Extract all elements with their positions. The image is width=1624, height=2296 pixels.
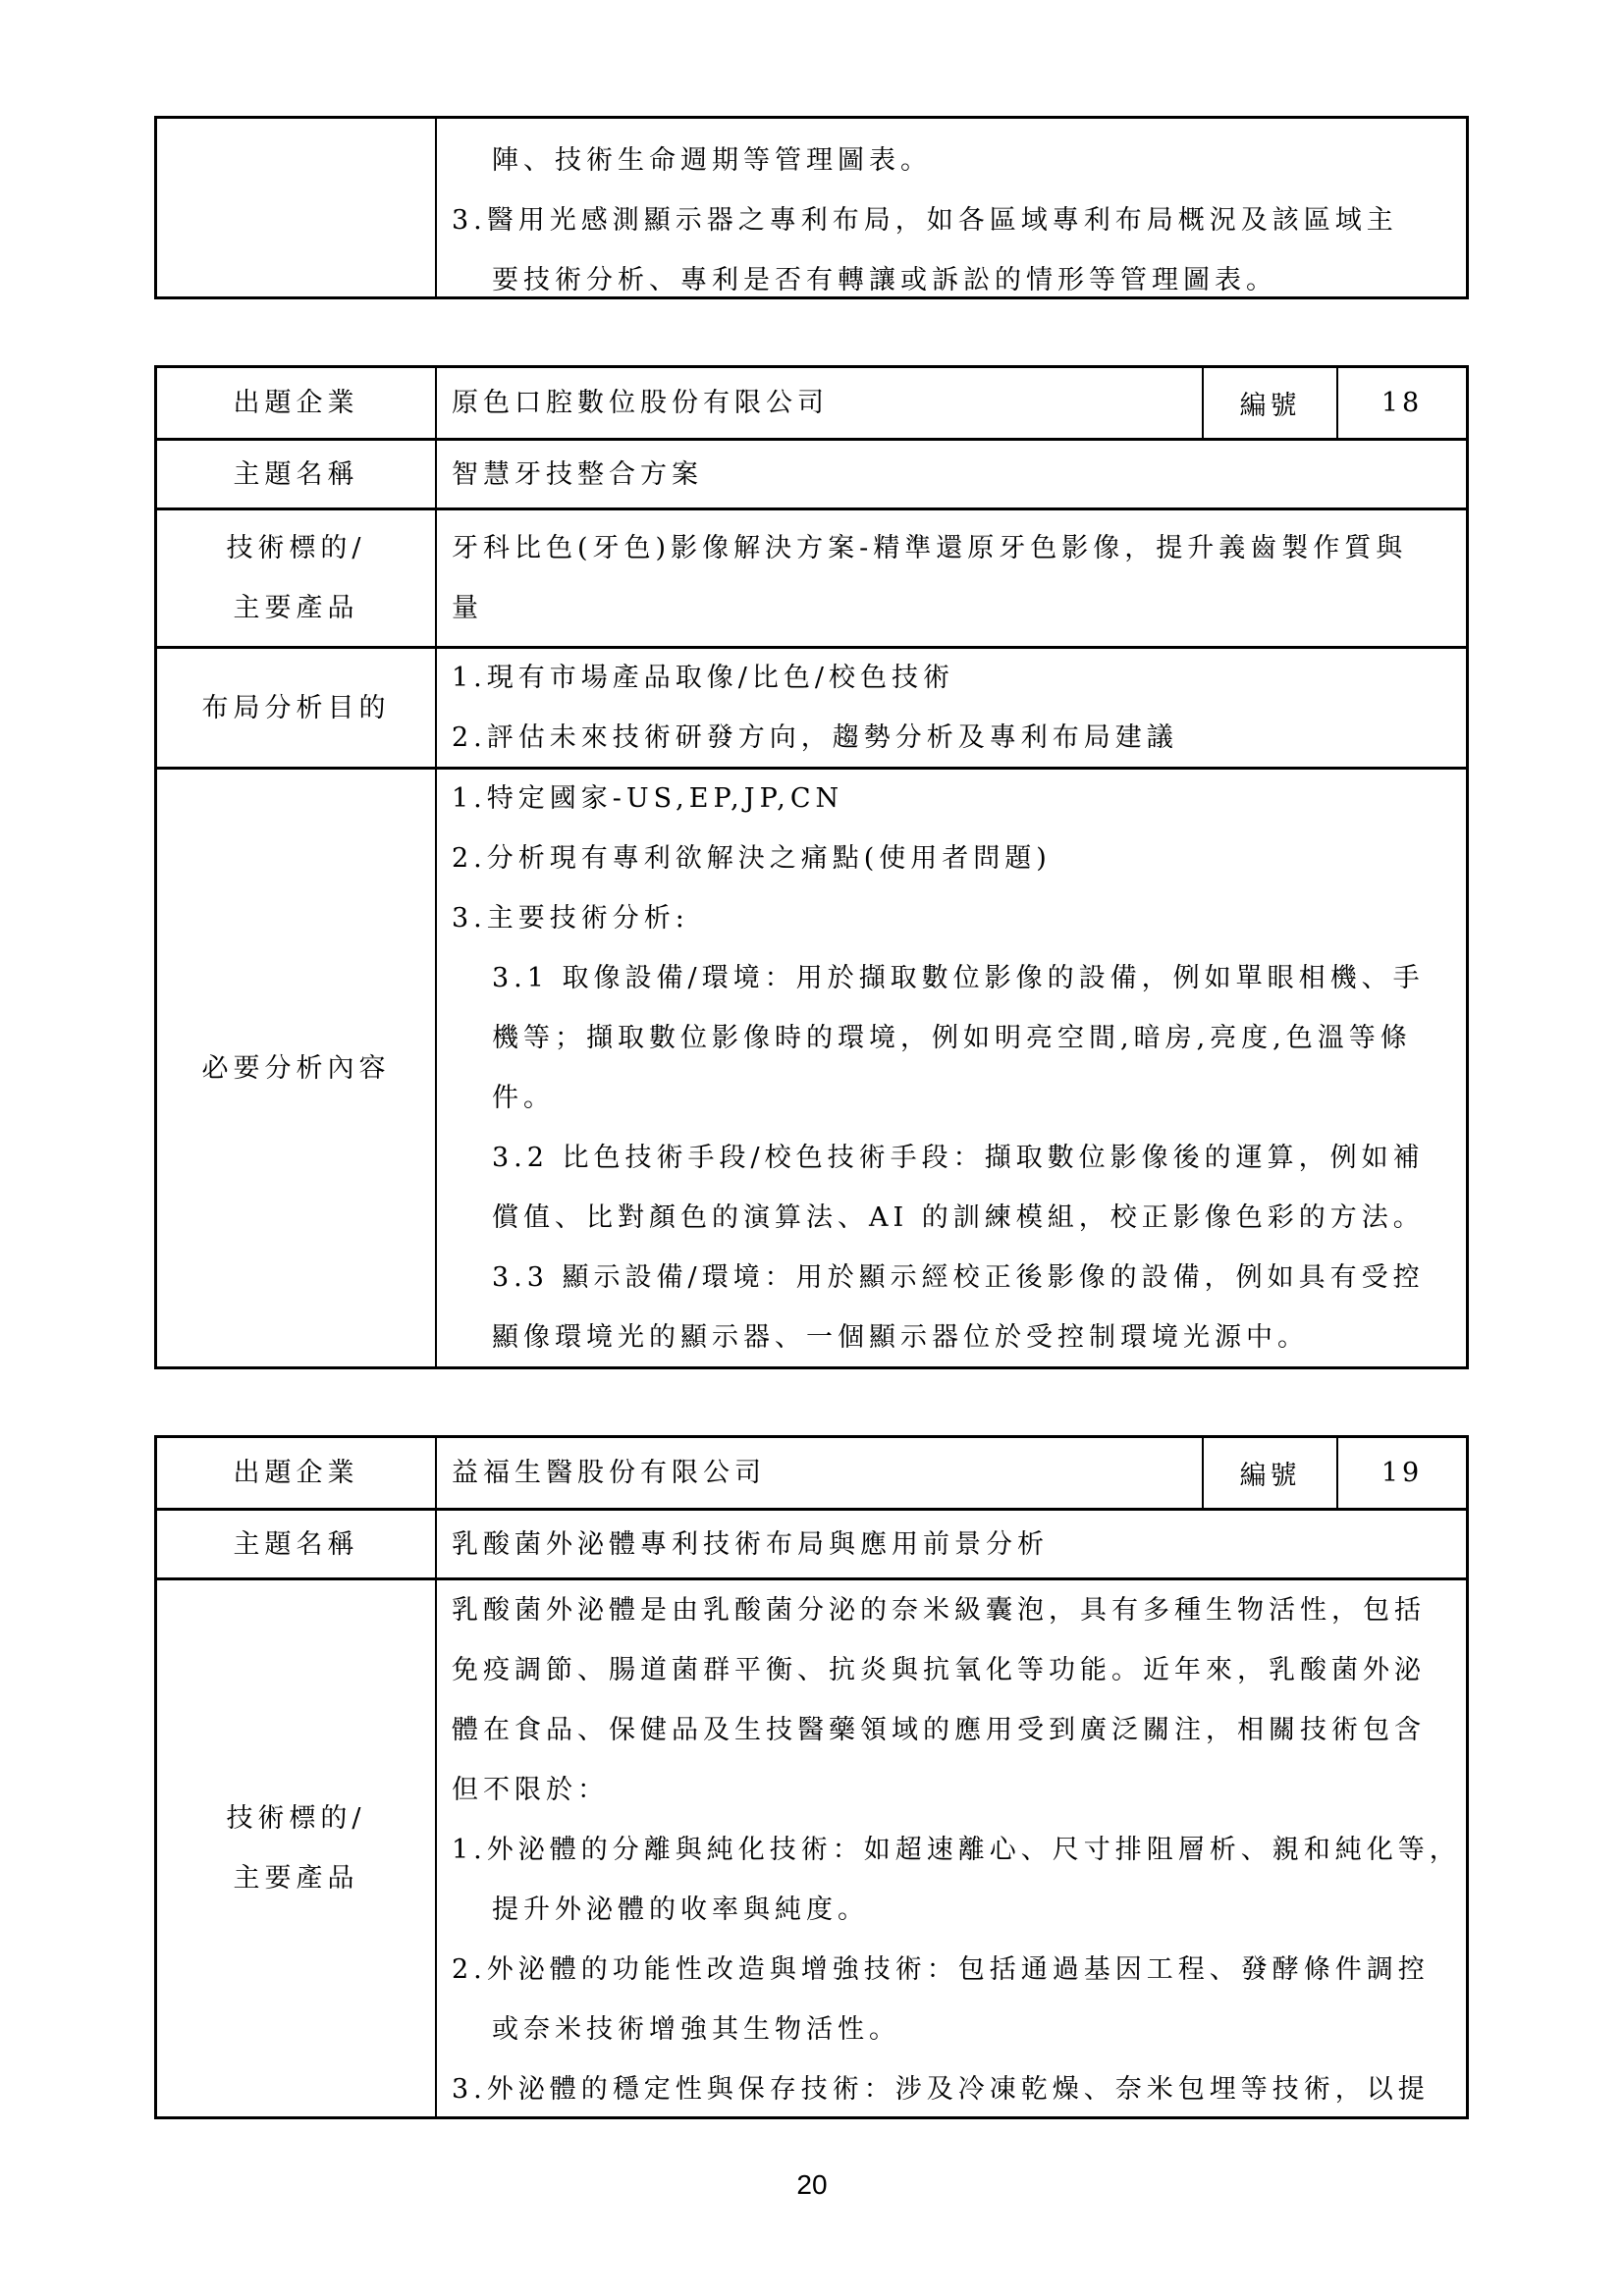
purpose-value: 1.現有市場產品取像/比色/校色技術 2.評估未來技術研發方向，趨勢分析及專利布… (437, 649, 1466, 767)
content-line: 2.分析現有專利欲解決之痛點(使用者問題) (452, 828, 1466, 888)
topic-label: 主題名稱 (157, 1511, 437, 1577)
purpose-label-text: 布局分析目的 (202, 678, 391, 738)
content-line: 體在食品、保健品及生技醫藥領域的應用受到廣泛關注，相關技術包含 (452, 1700, 1466, 1760)
content-line: 3.醫用光感測顯示器之專利布局，如各區域專利布局概況及該區域主 (452, 190, 1466, 250)
target-label-line: 主要產品 (234, 578, 359, 638)
number-label: 編號 (1202, 368, 1336, 438)
topic-value: 智慧牙技整合方案 (437, 441, 1466, 507)
target-value: 牙科比色(牙色)影像解決方案-精準還原牙色影像，提升義齒製作質與 量 (437, 510, 1466, 646)
number-label-text: 編號 (1240, 1454, 1301, 1492)
analysis-value: 1.特定國家-US,EP,JP,CN 2.分析現有專利欲解決之痛點(使用者問題)… (437, 770, 1466, 1366)
target-label-line: 技術標的/ (226, 518, 365, 578)
content-line: 但不限於： (452, 1760, 1466, 1820)
content-line: 3.主要技術分析: (452, 888, 1466, 948)
table-row-company: 出題企業 原色口腔數位股份有限公司 編號 18 (157, 368, 1466, 438)
content-line: 3.1 取像設備/環境：用於擷取數位影像的設備，例如單眼相機、手 (452, 948, 1466, 1008)
target-label: 技術標的/ 主要產品 (157, 1580, 437, 2116)
topic-name: 乳酸菌外泌體專利技術布局與應用前景分析 (452, 1515, 1466, 1575)
page-number: 20 (0, 2169, 1624, 2201)
company-label-text: 出題企業 (234, 1443, 359, 1503)
number-value: 19 (1336, 1438, 1466, 1508)
table-row-target: 技術標的/ 主要產品 牙科比色(牙色)影像解決方案-精準還原牙色影像，提升義齒製… (157, 507, 1466, 646)
topic-value: 乳酸菌外泌體專利技術布局與應用前景分析 (437, 1511, 1466, 1577)
content-line: 3.3 顯示設備/環境：用於顯示經校正後影像的設備，例如具有受控 (452, 1248, 1466, 1308)
content-line: 免疫調節、腸道菌群平衡、抗炎與抗氧化等功能。近年來，乳酸菌外泌 (452, 1640, 1466, 1700)
content-line: 乳酸菌外泌體是由乳酸菌分泌的奈米級囊泡，具有多種生物活性，包括 (452, 1580, 1466, 1640)
content-line: 償值、比對顏色的演算法、AI 的訓練模組，校正影像色彩的方法。 (452, 1188, 1466, 1248)
company-value: 益福生醫股份有限公司 (437, 1438, 1202, 1508)
table-row-topic: 主題名稱 智慧牙技整合方案 (157, 438, 1466, 507)
content-line: 1.外泌體的分離與純化技術：如超速離心、尺寸排阻層析、親和純化等， (452, 1820, 1466, 1880)
content-line: 件。 (452, 1068, 1466, 1128)
analysis-label: 必要分析內容 (157, 770, 437, 1366)
topic-label: 主題名稱 (157, 441, 437, 507)
content-line: 1.特定國家-US,EP,JP,CN (452, 769, 1466, 828)
topic-table-19: 出題企業 益福生醫股份有限公司 編號 19 主題名稱 乳酸菌外泌體專利技術布局與… (154, 1435, 1469, 2119)
company-name: 原色口腔數位股份有限公司 (452, 373, 1202, 433)
content-line: 機等；擷取數位影像時的環境，例如明亮空間,暗房,亮度,色溫等條 (452, 1008, 1466, 1068)
number-value: 18 (1336, 368, 1466, 438)
table-row: 陣、技術生命週期等管理圖表。 3.醫用光感測顯示器之專利布局，如各區域專利布局概… (157, 119, 1466, 296)
table-row-analysis: 必要分析內容 1.特定國家-US,EP,JP,CN 2.分析現有專利欲解決之痛點… (157, 767, 1466, 1366)
content-line: 3.外泌體的穩定性與保存技術：涉及冷凍乾燥、奈米包埋等技術，以提 (452, 2059, 1466, 2119)
company-value: 原色口腔數位股份有限公司 (437, 368, 1202, 438)
content-line: 1.現有市場產品取像/比色/校色技術 (452, 648, 1466, 708)
analysis-label-text: 必要分析內容 (202, 1039, 391, 1098)
content-line: 2.評估未來技術研發方向，趨勢分析及專利布局建議 (452, 708, 1466, 768)
company-label-text: 出題企業 (234, 373, 359, 433)
topic-number: 18 (1381, 388, 1423, 418)
table-row-company: 出題企業 益福生醫股份有限公司 編號 19 (157, 1438, 1466, 1508)
topic-label-text: 主題名稱 (234, 1515, 359, 1575)
content-line: 顯像環境光的顯示器、一個顯示器位於受控制環境光源中。 (452, 1308, 1466, 1367)
content-line: 提升外泌體的收率與純度。 (452, 1880, 1466, 1940)
number-label: 編號 (1202, 1438, 1336, 1508)
company-name: 益福生醫股份有限公司 (452, 1443, 1202, 1503)
target-label-line: 技術標的/ (226, 1789, 365, 1848)
content-line: 2.外泌體的功能性改造與增強技術：包括通過基因工程、發酵條件調控 (452, 1940, 1466, 2000)
target-label-line: 主要產品 (234, 1848, 359, 1908)
table-row-purpose: 布局分析目的 1.現有市場產品取像/比色/校色技術 2.評估未來技術研發方向，趨… (157, 646, 1466, 767)
content-line: 或奈米技術增強其生物活性。 (452, 2000, 1466, 2059)
topic-table-18: 出題企業 原色口腔數位股份有限公司 編號 18 主題名稱 智慧牙技整合方案 技術… (154, 365, 1469, 1369)
content-line: 牙科比色(牙色)影像解決方案-精準還原牙色影像，提升義齒製作質與 (452, 518, 1466, 578)
company-label: 出題企業 (157, 1438, 437, 1508)
topic-number: 19 (1381, 1458, 1423, 1488)
target-value: 乳酸菌外泌體是由乳酸菌分泌的奈米級囊泡，具有多種生物活性，包括 免疫調節、腸道菌… (437, 1580, 1466, 2116)
row-content: 陣、技術生命週期等管理圖表。 3.醫用光感測顯示器之專利布局，如各區域專利布局概… (437, 119, 1466, 296)
table-continuation: 陣、技術生命週期等管理圖表。 3.醫用光感測顯示器之專利布局，如各區域專利布局概… (154, 116, 1469, 299)
content-line: 要技術分析、專利是否有轉讓或訴訟的情形等管理圖表。 (452, 250, 1466, 310)
topic-label-text: 主題名稱 (234, 445, 359, 505)
number-label-text: 編號 (1240, 384, 1301, 422)
content-line: 3.2 比色技術手段/校色技術手段：擷取數位影像後的運算，例如補 (452, 1128, 1466, 1188)
content-line: 陣、技術生命週期等管理圖表。 (452, 131, 1466, 190)
purpose-label: 布局分析目的 (157, 649, 437, 767)
company-label: 出題企業 (157, 368, 437, 438)
target-label: 技術標的/ 主要產品 (157, 510, 437, 646)
row-label (157, 119, 437, 296)
content-line: 量 (452, 578, 1466, 638)
table-row-topic: 主題名稱 乳酸菌外泌體專利技術布局與應用前景分析 (157, 1508, 1466, 1577)
table-row-target: 技術標的/ 主要產品 乳酸菌外泌體是由乳酸菌分泌的奈米級囊泡，具有多種生物活性，… (157, 1577, 1466, 2116)
topic-name: 智慧牙技整合方案 (452, 445, 1466, 505)
